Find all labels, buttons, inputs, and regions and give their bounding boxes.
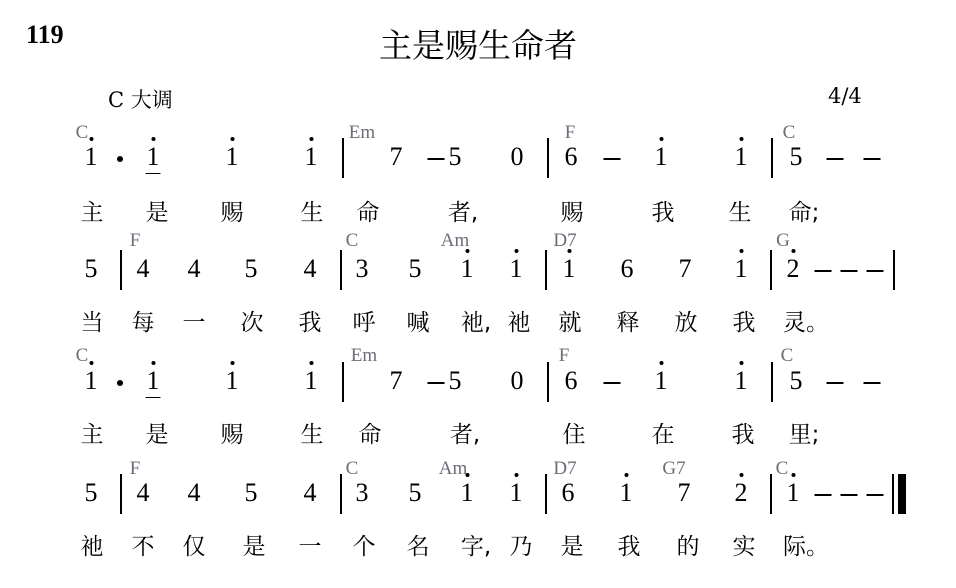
lyric-syllable: 每: [132, 304, 155, 337]
lyric-syllable: 我: [732, 416, 755, 449]
octave-dot-icon: [659, 137, 663, 141]
lyric-syllable: 在: [652, 416, 675, 449]
chord-label: Am: [441, 230, 470, 252]
lyric-syllable: 生: [301, 416, 324, 449]
chord-label: C: [76, 122, 89, 144]
note: 0: [511, 144, 524, 170]
chord-label: C: [781, 345, 794, 367]
lyric-syllable: 是: [146, 416, 169, 449]
note: 2: [787, 256, 800, 282]
octave-dot-icon: [151, 361, 155, 365]
note: 1: [85, 144, 98, 170]
note: 3: [356, 256, 369, 282]
barline: [120, 250, 122, 290]
note: 4: [188, 256, 201, 282]
final-barline-thin: [892, 474, 894, 514]
extension-dash: [428, 158, 445, 160]
octave-dot-icon: [791, 249, 795, 253]
note: 1: [305, 144, 318, 170]
page-title: 主是赐生命者: [0, 20, 956, 67]
octave-dot-icon: [514, 473, 518, 477]
note: 1: [147, 144, 160, 170]
lyric-syllable: 者,: [450, 416, 480, 449]
octave-dot-icon: [659, 361, 663, 365]
note: 1: [655, 368, 668, 394]
chord-label: Em: [349, 122, 375, 144]
barline: [770, 250, 772, 290]
note: 5: [409, 256, 422, 282]
lyric-syllable: 是: [146, 194, 169, 227]
lyric-syllable: 乃: [510, 528, 533, 561]
note: 1: [787, 480, 800, 506]
extension-dash: [867, 494, 884, 496]
note: 1: [563, 256, 576, 282]
lyric-syllable: 不: [132, 528, 155, 561]
note: 4: [137, 256, 150, 282]
lyric-syllable: 呼: [353, 304, 376, 337]
augmentation-dot: [117, 156, 123, 162]
lyric-syllable: 生: [729, 194, 752, 227]
lyric-syllable: 次: [241, 304, 264, 337]
barline: [342, 362, 344, 402]
chord-label: F: [130, 230, 141, 252]
barline: [545, 250, 547, 290]
note: 4: [304, 480, 317, 506]
octave-dot-icon: [739, 361, 743, 365]
lyric-syllable: 命: [357, 194, 380, 227]
note: 1: [735, 144, 748, 170]
chord-label: C: [783, 122, 796, 144]
lyric-syllable: 名: [407, 528, 430, 561]
octave-dot-icon: [465, 473, 469, 477]
lyric-syllable: 者,: [448, 194, 478, 227]
chord-label: F: [565, 122, 576, 144]
note: 1: [510, 480, 523, 506]
octave-dot-icon: [151, 137, 155, 141]
note: 5: [790, 368, 803, 394]
extension-dash: [841, 494, 858, 496]
note: 6: [621, 256, 634, 282]
chord-label: F: [559, 345, 570, 367]
lyric-syllable: 主: [81, 416, 104, 449]
note: 5: [409, 480, 422, 506]
lyric-syllable: 赐: [221, 416, 244, 449]
lyric-syllable: 当: [81, 304, 104, 337]
lyric-syllable: 生: [301, 194, 324, 227]
note: 1: [85, 368, 98, 394]
lyric-syllable: 喊: [407, 304, 430, 337]
lyric-syllable: 个: [353, 528, 376, 561]
extension-dash: [827, 382, 844, 384]
lyric-syllable: 一: [299, 528, 322, 561]
lyric-syllable: 祂: [81, 528, 104, 561]
note: 1: [655, 144, 668, 170]
extension-dash: [815, 270, 832, 272]
lyric-syllable: 里;: [789, 416, 820, 449]
extension-dash: [864, 382, 881, 384]
lyric-syllable: 我: [618, 528, 641, 561]
octave-dot-icon: [230, 137, 234, 141]
barline: [547, 362, 549, 402]
eighth-underline: [146, 173, 161, 175]
barline: [893, 250, 895, 290]
chord-label: D7: [553, 230, 576, 252]
octave-dot-icon: [309, 361, 313, 365]
lyric-syllable: 实: [733, 528, 756, 561]
chord-label: C: [76, 345, 89, 367]
octave-dot-icon: [739, 137, 743, 141]
lyric-syllable: 赐: [221, 194, 244, 227]
extension-dash: [604, 158, 621, 160]
note: 6: [565, 144, 578, 170]
chord-label: C: [346, 230, 359, 252]
octave-dot-icon: [567, 249, 571, 253]
chord-label: C: [776, 458, 789, 480]
lyric-syllable: 祂,: [461, 304, 491, 337]
note: 7: [390, 368, 403, 394]
lyric-syllable: 我: [733, 304, 756, 337]
augmentation-dot: [117, 380, 123, 386]
octave-dot-icon: [230, 361, 234, 365]
octave-dot-icon: [89, 361, 93, 365]
chord-label: G: [776, 230, 790, 252]
note: 1: [461, 256, 474, 282]
chord-label: Am: [439, 458, 468, 480]
note: 1: [735, 368, 748, 394]
barline: [340, 474, 342, 514]
chord-label: F: [130, 458, 141, 480]
lyric-syllable: 住: [563, 416, 586, 449]
note: 1: [226, 144, 239, 170]
note: 6: [562, 480, 575, 506]
octave-dot-icon: [89, 137, 93, 141]
lyric-syllable: 祂: [508, 304, 531, 337]
lyric-syllable: 的: [677, 528, 700, 561]
extension-dash: [604, 382, 621, 384]
note: 5: [245, 256, 258, 282]
extension-dash: [827, 158, 844, 160]
extension-dash: [428, 382, 445, 384]
note: 5: [245, 480, 258, 506]
barline: [770, 474, 772, 514]
lyric-syllable: 主: [81, 194, 104, 227]
note: 7: [678, 480, 691, 506]
eighth-underline: [146, 397, 161, 399]
barline: [120, 474, 122, 514]
lyric-syllable: 我: [652, 194, 675, 227]
lyric-syllable: 仅: [183, 528, 206, 561]
note: 1: [510, 256, 523, 282]
chord-label: C: [346, 458, 359, 480]
octave-dot-icon: [739, 473, 743, 477]
lyric-syllable: 是: [561, 528, 584, 561]
chord-label: D7: [553, 458, 576, 480]
lyric-syllable: 际。: [783, 528, 829, 561]
note: 1: [735, 256, 748, 282]
lyric-syllable: 我: [299, 304, 322, 337]
note: 4: [188, 480, 201, 506]
extension-dash: [815, 494, 832, 496]
time-signature: 4/4: [828, 84, 862, 108]
barline: [342, 138, 344, 178]
note: 5: [790, 144, 803, 170]
note: 5: [85, 480, 98, 506]
lyric-syllable: 命;: [789, 194, 820, 227]
note: 7: [679, 256, 692, 282]
lyric-syllable: 是: [243, 528, 266, 561]
note: 5: [449, 368, 462, 394]
barline: [545, 474, 547, 514]
extension-dash: [864, 158, 881, 160]
octave-dot-icon: [465, 249, 469, 253]
note: 1: [461, 480, 474, 506]
extension-dash: [867, 270, 884, 272]
octave-dot-icon: [309, 137, 313, 141]
lyric-syllable: 一: [183, 304, 206, 337]
note: 5: [449, 144, 462, 170]
chord-label: Em: [351, 345, 377, 367]
barline: [771, 362, 773, 402]
note: 3: [356, 480, 369, 506]
lyric-syllable: 字,: [461, 528, 491, 561]
final-barline-thick: [898, 474, 906, 514]
lyric-syllable: 就: [559, 304, 582, 337]
note: 0: [511, 368, 524, 394]
octave-dot-icon: [514, 249, 518, 253]
octave-dot-icon: [624, 473, 628, 477]
note: 1: [620, 480, 633, 506]
note: 5: [85, 256, 98, 282]
note: 4: [137, 480, 150, 506]
chord-label: G7: [662, 458, 685, 480]
note: 1: [147, 368, 160, 394]
barline: [340, 250, 342, 290]
extension-dash: [841, 270, 858, 272]
lyric-syllable: 放: [675, 304, 698, 337]
lyric-syllable: 赐: [561, 194, 584, 227]
note: 1: [226, 368, 239, 394]
octave-dot-icon: [739, 249, 743, 253]
note: 7: [390, 144, 403, 170]
key-signature: C 大调: [108, 84, 173, 114]
lyric-syllable: 灵。: [783, 304, 829, 337]
lyric-syllable: 命: [359, 416, 382, 449]
note: 1: [305, 368, 318, 394]
barline: [771, 138, 773, 178]
lyric-syllable: 释: [617, 304, 640, 337]
note: 6: [565, 368, 578, 394]
octave-dot-icon: [791, 473, 795, 477]
note: 4: [304, 256, 317, 282]
barline: [547, 138, 549, 178]
note: 2: [735, 480, 748, 506]
